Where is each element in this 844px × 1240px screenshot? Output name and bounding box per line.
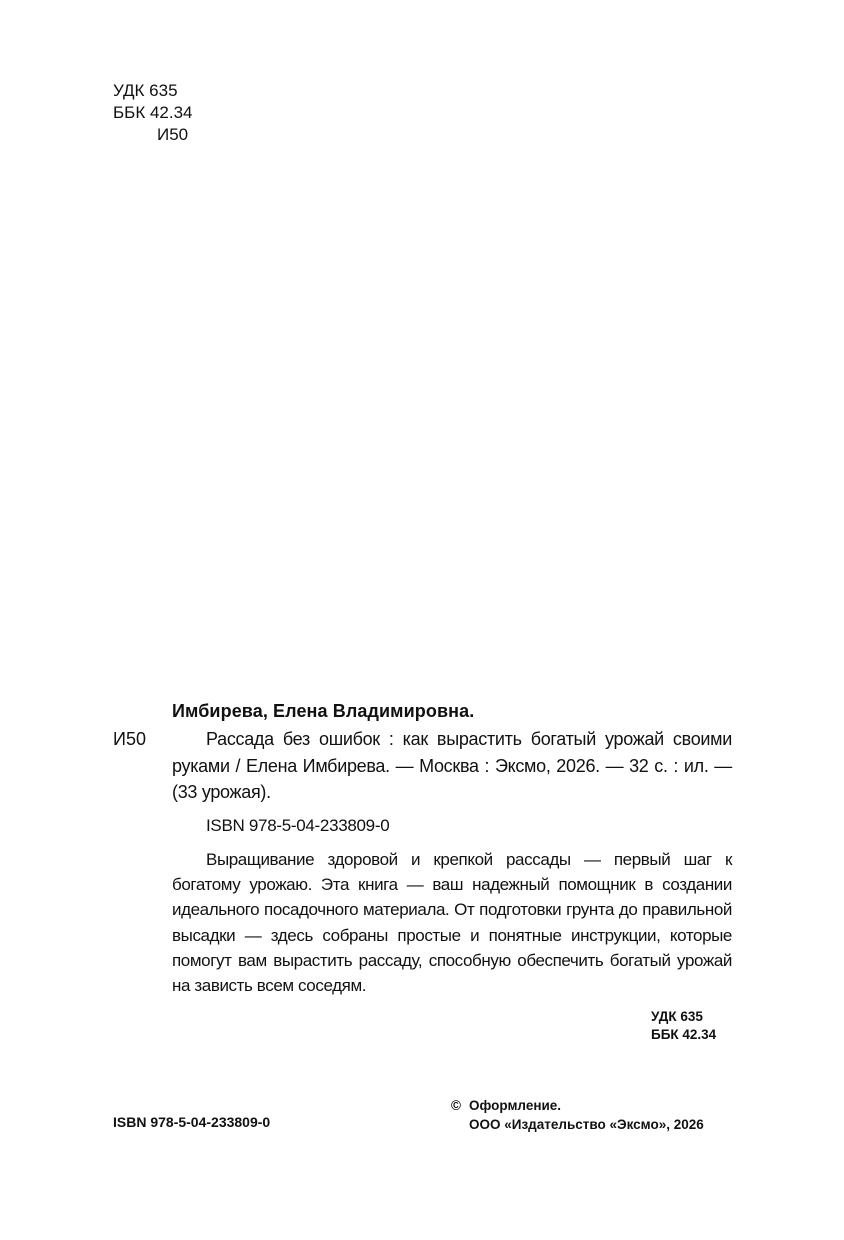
bibliographic-description: Рассада без ошибок : как вырастить богат… [172,726,732,806]
catalog-isbn: ISBN 978-5-04-233809-0 [206,815,389,837]
copyright-block: ©Оформление. ООО «Издательство «Эксмо», … [451,1096,704,1134]
copyright-line-2: ООО «Издательство «Эксмо», 2026 [451,1115,704,1134]
footer-isbn: ISBN 978-5-04-233809-0 [113,1113,270,1131]
right-classification-codes: УДК 635 ББК 42.34 [651,1008,716,1044]
top-classification-codes: УДК 635 ББК 42.34 И50 [113,80,192,146]
author-heading: Имбирева, Елена Владимировна. [172,699,474,723]
annotation-paragraph: Выращивание здоровой и крепкой рассады —… [172,847,732,998]
bbk-code: ББК 42.34 [113,102,192,124]
author-mark: И50 [113,124,192,146]
copyright-line-1: Оформление. [469,1098,561,1113]
udk-code-right: УДК 635 [651,1008,716,1026]
udk-code: УДК 635 [113,80,192,102]
catalog-author-mark: И50 [113,726,146,752]
copyright-icon: © [451,1096,469,1115]
bibliographic-text: Рассада без ошибок : как вырастить богат… [172,726,732,806]
bbk-code-right: ББК 42.34 [651,1026,716,1044]
